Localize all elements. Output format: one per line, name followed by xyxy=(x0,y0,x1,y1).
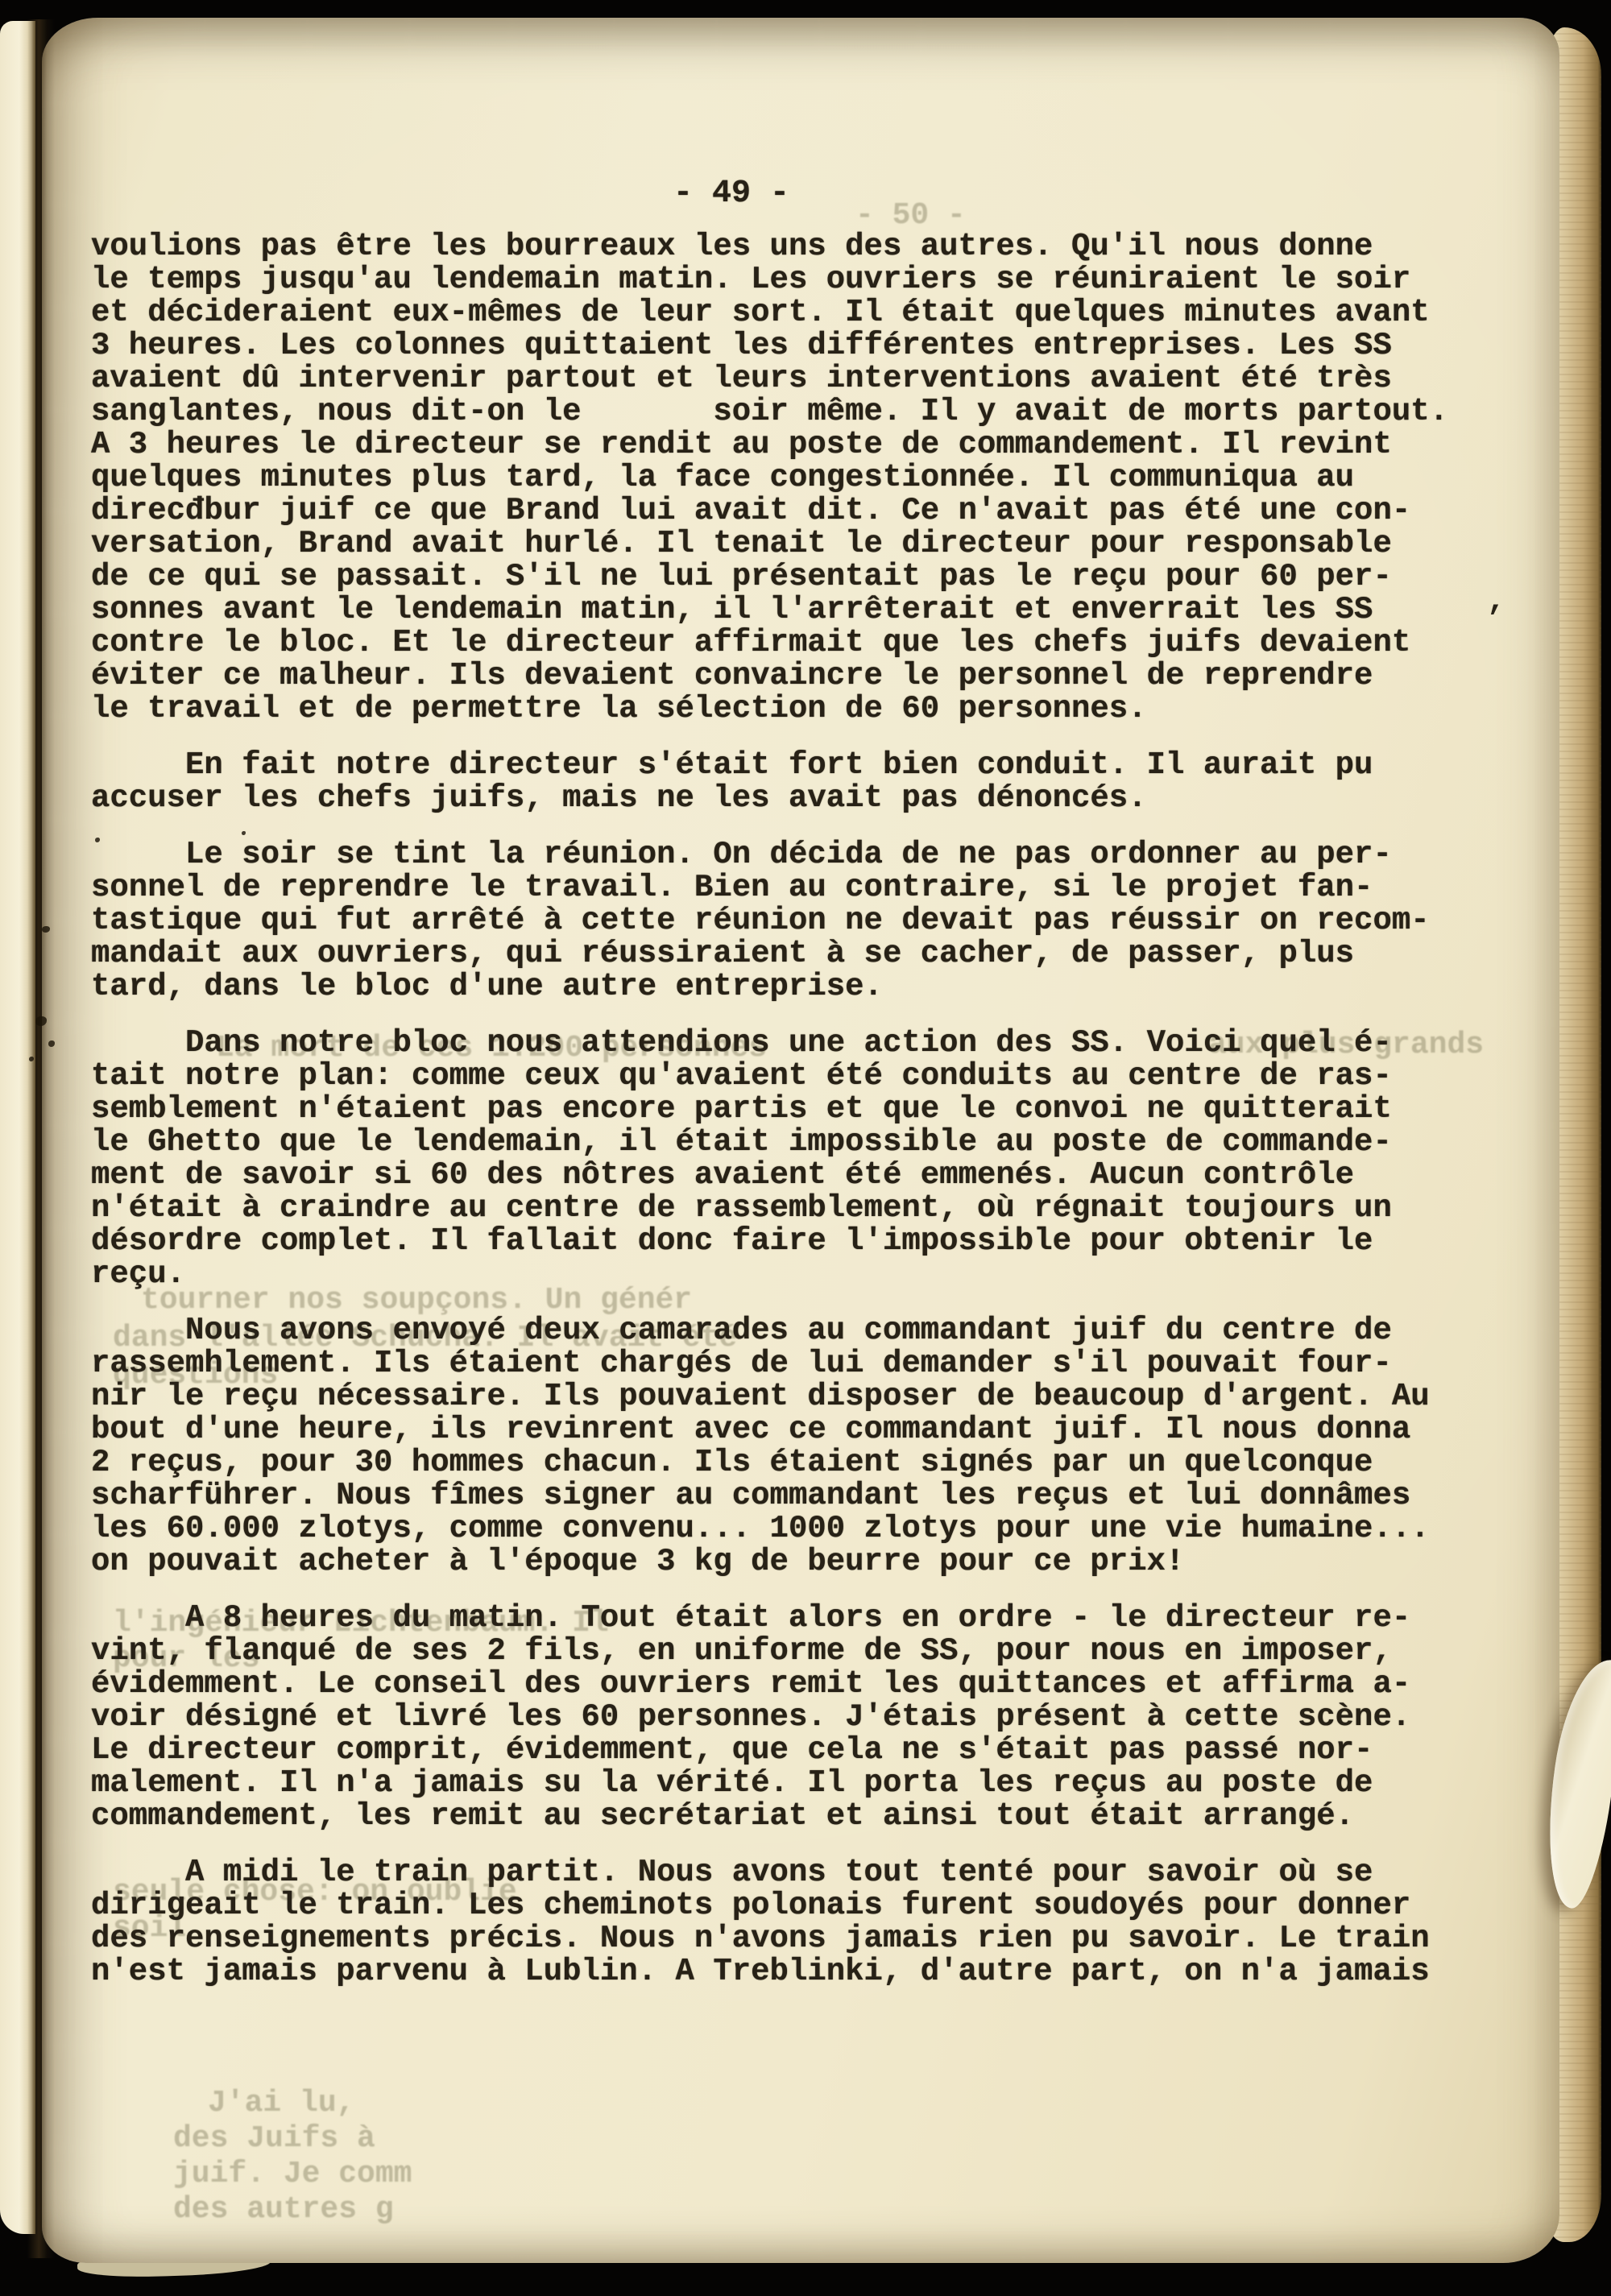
text-line: les 60.000 zlotys, comme convenu... 1000… xyxy=(91,1512,1509,1545)
text-line: tait notre plan: comme ceux qu'avaient é… xyxy=(91,1060,1509,1093)
paragraph: En fait notre directeur s'était fort bie… xyxy=(91,749,1509,815)
paragraph: A 8 heures du matin. Tout était alors en… xyxy=(91,1602,1509,1833)
text-line: 3 heures. Les colonnes quittaient les di… xyxy=(91,329,1509,362)
text-line: tastique qui fut arrêté à cette réunion … xyxy=(91,904,1509,937)
text-line: rassemhlement. Ils étaient chargés de lu… xyxy=(91,1347,1509,1380)
text-line: Dans notre bloc nous attendions une acti… xyxy=(91,1027,1509,1060)
paragraph: A midi le train partit. Nous avons tout … xyxy=(91,1856,1509,1988)
text-line: Le soir se tint la réunion. On décida de… xyxy=(91,838,1509,871)
text-line: malement. Il n'a jamais su la vérité. Il… xyxy=(91,1767,1509,1800)
text-line: contre le bloc. Et le directeur affirmai… xyxy=(91,627,1509,660)
text-line: le temps jusqu'au lendemain matin. Les o… xyxy=(91,263,1509,296)
text-line: des renseignements précis. Nous n'avons … xyxy=(91,1922,1509,1955)
text-line: voulions pas être les bourreaux les uns … xyxy=(91,230,1509,263)
text-line: Nous avons envoyé deux camarades au comm… xyxy=(91,1314,1509,1347)
text-line: dirigeait le train. Les cheminots polona… xyxy=(91,1889,1509,1922)
page-number: - 49 - xyxy=(673,177,789,211)
paragraph: Le soir se tint la réunion. On décida de… xyxy=(91,838,1509,1003)
text-line: tard, dans le bloc d'une autre entrepris… xyxy=(91,970,1509,1003)
text-line: mandait aux ouvriers, qui réussiraient à… xyxy=(91,937,1509,970)
text-line: sonnes avant le lendemain matin, il l'ar… xyxy=(91,594,1509,627)
text-line: reçu. xyxy=(91,1258,1509,1291)
text-line: ment de savoir si 60 des nôtres avaient … xyxy=(91,1159,1509,1192)
text-line: A 3 heures le directeur se rendit au pos… xyxy=(91,428,1509,461)
text-block: voulions pas être les bourreaux les uns … xyxy=(91,230,1509,2012)
text-line: En fait notre directeur s'était fort bie… xyxy=(91,749,1509,782)
text-line: quelques minutes plus tard, la face cong… xyxy=(91,461,1509,494)
text-line: n'était à craindre au centre de rassembl… xyxy=(91,1192,1509,1225)
text-line: éviter ce malheur. Ils devaient convainc… xyxy=(91,660,1509,693)
text-line: le travail et de permettre la sélection … xyxy=(91,693,1509,726)
stray-ink-mark: , xyxy=(1487,585,1505,618)
text-line: on pouvait acheter à l'époque 3 kg de be… xyxy=(91,1545,1509,1578)
text-line: de ce qui se passait. S'il ne lui présen… xyxy=(91,561,1509,594)
text-line: scharführer. Nous fîmes signer au comman… xyxy=(91,1479,1509,1512)
text-line: et décideraient eux-mêmes de leur sort. … xyxy=(91,296,1509,329)
text-line: le Ghetto que le lendemain, il était imp… xyxy=(91,1126,1509,1159)
text-line: versation, Brand avait hurlé. Il tenait … xyxy=(91,527,1509,561)
text-line: vint, flanqué de ses 2 fils, en uniforme… xyxy=(91,1635,1509,1668)
text-line: accuser les chefs juifs, mais ne les ava… xyxy=(91,782,1509,815)
text-line: Le directeur comprit, évidemment, que ce… xyxy=(91,1734,1509,1767)
text-line: sanglantes, nous dit-on le soir même. Il… xyxy=(91,395,1509,428)
text-line: voir désigné et livré les 60 personnes. … xyxy=(91,1701,1509,1734)
text-line: avaient dû intervenir partout et leurs i… xyxy=(91,362,1509,395)
scan-root: { "page": { "number": "- 49 -", "paragra… xyxy=(0,0,1611,2296)
previous-page-edge xyxy=(0,21,35,2234)
text-line: commandement, les remit au secrétariat e… xyxy=(91,1800,1509,1833)
text-line: évidemment. Le conseil des ouvriers remi… xyxy=(91,1668,1509,1701)
text-line: nir le reçu nécessaire. Ils pouvaient di… xyxy=(91,1380,1509,1413)
paragraph: voulions pas être les bourreaux les uns … xyxy=(91,230,1509,726)
text-line: désordre complet. Il fallait donc faire … xyxy=(91,1225,1509,1258)
text-line: 2 reçus, pour 30 hommes chacun. Ils étai… xyxy=(91,1446,1509,1479)
text-line: direcđbur juif ce que Brand lui avait di… xyxy=(91,494,1509,527)
text-line: A 8 heures du matin. Tout était alors en… xyxy=(91,1602,1509,1635)
text-line: sonnel de reprendre le travail. Bien au … xyxy=(91,871,1509,904)
text-line: n'est jamais parvenu à Lublin. A Treblin… xyxy=(91,1955,1509,1988)
paragraph: Dans notre bloc nous attendions une acti… xyxy=(91,1027,1509,1291)
paragraph: Nous avons envoyé deux camarades au comm… xyxy=(91,1314,1509,1578)
text-line: bout d'une heure, ils revinrent avec ce … xyxy=(91,1413,1509,1446)
text-line: A midi le train partit. Nous avons tout … xyxy=(91,1856,1509,1889)
text-line: semblement n'étaient pas encore partis e… xyxy=(91,1093,1509,1126)
